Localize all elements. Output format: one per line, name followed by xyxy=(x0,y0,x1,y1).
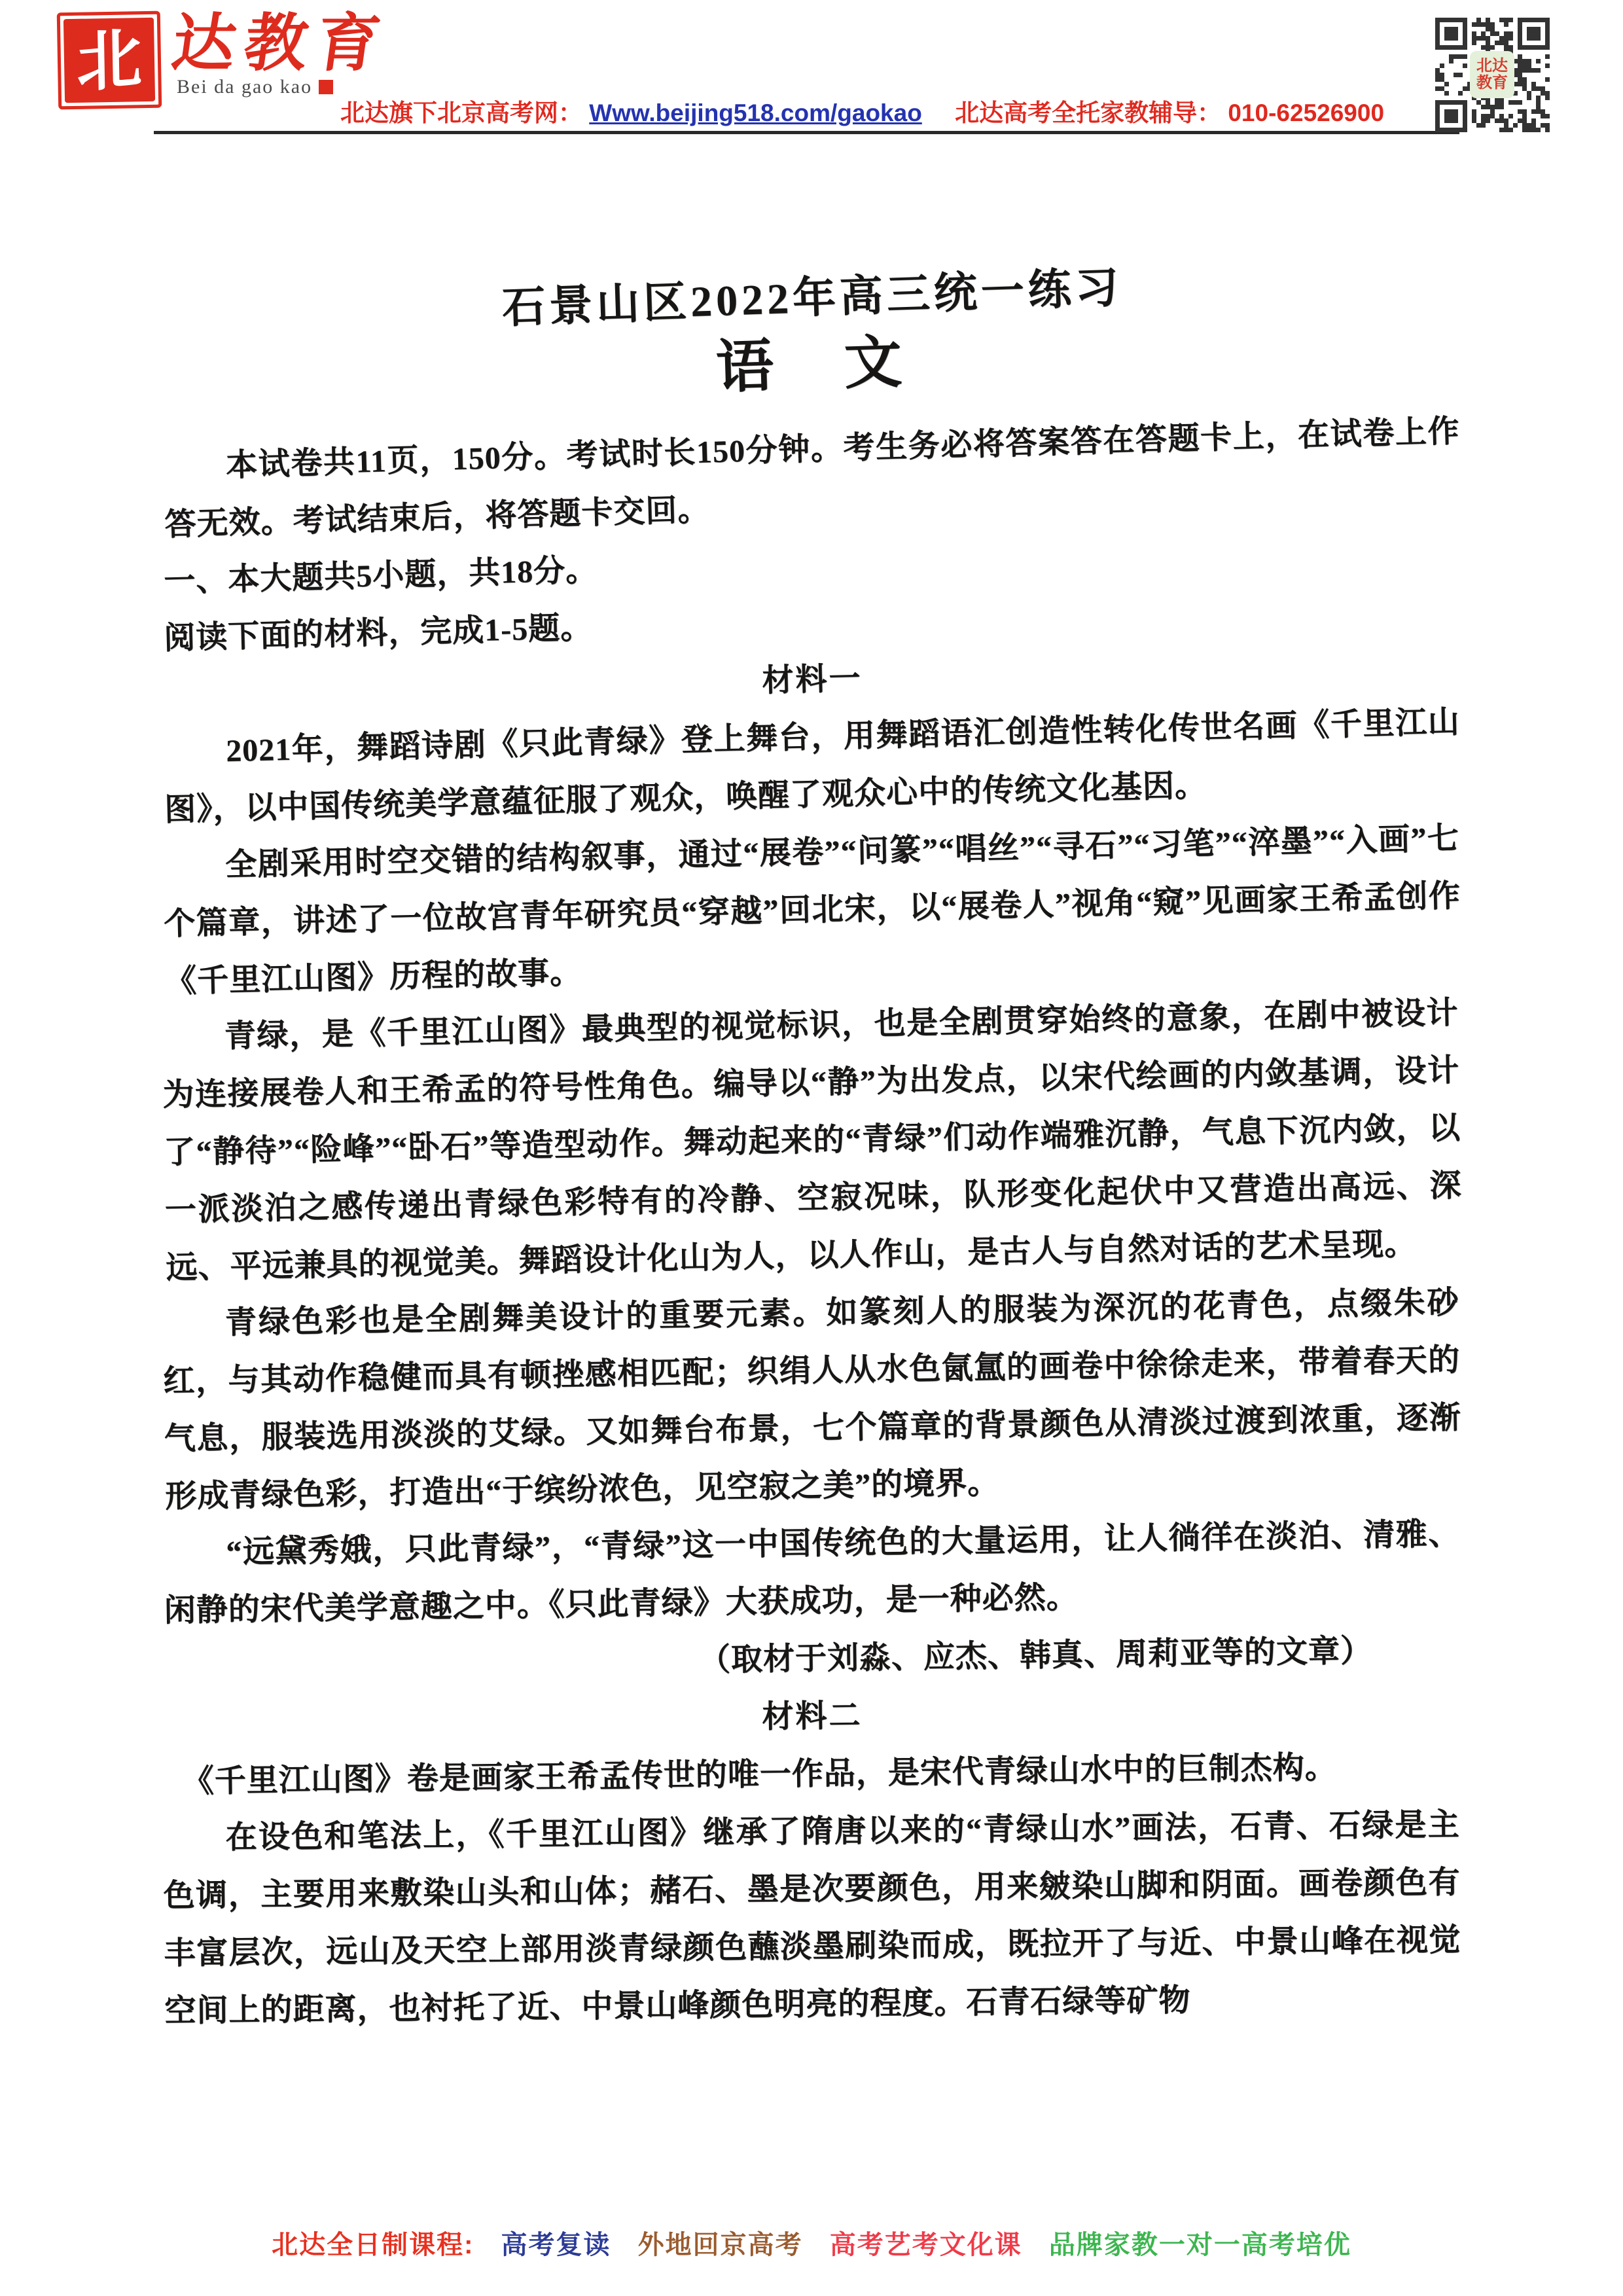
brand-text-block: 达教育 Bei da gao kao xyxy=(173,12,389,98)
footer-label: 北达全日制课程: xyxy=(272,2231,474,2259)
footer-course-line: 北达全日制课程: 高考复读 外地回京高考 高考艺考文化课 品牌家教一对一高考培优 xyxy=(0,2224,1623,2261)
exam-paper: 石景山区2022年高三统一练习 语 文 本试卷共11页，150分。考试时长150… xyxy=(164,274,1461,2034)
brand-name: 达教育 xyxy=(168,12,393,75)
header-contact-line: 北达旗下北京高考网： Www.beijing518.com/gaokao 北达高… xyxy=(340,93,1384,128)
material1-paragraph: 青绿色彩也是全剧舞美设计的重要元素。如篆刻人的服装为深沉的花青色，点缀朱砂红，与… xyxy=(162,1274,1463,1526)
material1-paragraph: 全剧采用时空交错的结构叙事，通过“展卷”“问篆”“唱丝”“寻石”“习笔”“淬墨”… xyxy=(162,810,1462,1011)
footer-course-item: 品牌家教一对一高考培优 xyxy=(1049,2231,1351,2259)
brand-seal-char: 北 xyxy=(76,25,142,96)
qr-badge-line1: 北达 xyxy=(1476,58,1508,75)
material1-paragraph: “远黛秀娥，只此青绿”，“青绿”这一中国传统色的大量运用，让人徜徉在淡泊、清雅、… xyxy=(163,1505,1461,1640)
tagline-square-icon xyxy=(319,80,333,94)
footer-course-item: 外地回京高考 xyxy=(638,2231,803,2259)
brand-seal-icon: 北 xyxy=(57,11,162,110)
qr-code: 北达 教育 xyxy=(1432,14,1552,135)
material2-paragraph: 在设色和笔法上，《千里江山图》继承了隋唐以来的“青绿山水”画法，石青、石绿是主色… xyxy=(162,1797,1462,2041)
material1-paragraph: 青绿，是《千里江山图》最典型的视觉标识，也是全剧贯穿始终的意象，在剧中被设计为连… xyxy=(161,984,1463,1297)
gaokao-site-link[interactable]: Www.beijing518.com/gaokao xyxy=(589,99,922,126)
tutor-label: 北达高考全托家教辅导： xyxy=(955,99,1221,126)
qr-center-badge: 北达 教育 xyxy=(1470,51,1514,98)
phone-number: 010-62526900 xyxy=(1228,99,1384,126)
site-label: 北达旗下北京高考网： xyxy=(340,99,582,126)
footer-course-item: 高考复读 xyxy=(501,2231,611,2259)
header: 北 达教育 Bei da gao kao 北达旗下北京高考网： Www.beij… xyxy=(0,0,1623,141)
brand-logo: 北 达教育 Bei da gao kao xyxy=(58,12,389,109)
header-divider xyxy=(154,131,1459,134)
footer-course-item: 高考艺考文化课 xyxy=(830,2231,1022,2259)
qr-badge-line2: 教育 xyxy=(1476,75,1508,92)
brand-seal-inner: 北 xyxy=(63,18,155,103)
